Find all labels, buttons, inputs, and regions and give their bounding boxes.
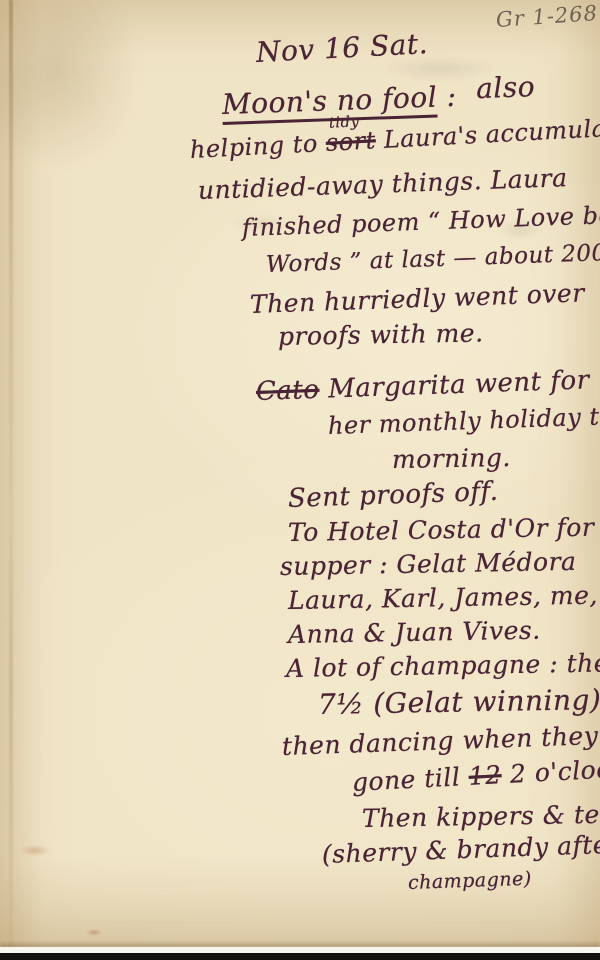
handwriting-line: her monthly holiday this <box>328 401 600 440</box>
text-segment: Then hurriedly went over <box>249 278 585 319</box>
paper-page: Gr 1-268Nov 16 Sat.Moon's no fool :alsoh… <box>0 0 600 950</box>
archive-reference: Gr 1-268 <box>495 1 598 32</box>
handwriting-line: Anna & Juan Vives. <box>288 616 541 649</box>
text-segment: untidied-away things. Laura <box>197 163 567 205</box>
inserted-word-above: tidy <box>328 112 360 132</box>
text-segment: gone till <box>351 762 469 797</box>
text-segment: proofs with me. <box>278 318 484 351</box>
raised-word: also <box>476 70 536 105</box>
handwriting-line: Laura, Karl, James, me, <box>288 581 598 615</box>
struck-out-word: sorttidy <box>325 126 376 157</box>
handwriting-text: Gr 1-268Nov 16 Sat.Moon's no fool :alsoh… <box>0 0 600 950</box>
title-line: Moon's no fool :also <box>221 77 535 121</box>
text-segment: morning. <box>392 443 511 474</box>
text-segment: Nov 16 Sat. <box>255 27 429 69</box>
text-segment: Gr 1-268 <box>495 1 598 32</box>
text-segment: champagne) <box>408 868 532 894</box>
text-segment: A lot of champagne : then <box>286 648 600 683</box>
text-segment: Words ” at last — about 200 lines <box>266 238 600 278</box>
manuscript-scan: Gr 1-268Nov 16 Sat.Moon's no fool :alsoh… <box>0 0 600 960</box>
handwriting-line: Words ” at last — about 200 lines <box>266 238 600 278</box>
handwriting-line: To Hotel Costa d'Or for <box>288 513 595 547</box>
text-segment: 7½ (Gelat winning) & <box>318 682 600 721</box>
handwriting-line: morning. <box>392 443 511 474</box>
scanner-edge <box>0 953 600 960</box>
text-segment: Laura, Karl, James, me, <box>288 581 598 615</box>
handwriting-line: A lot of champagne : then <box>286 648 600 683</box>
text-segment: Anna & Juan Vives. <box>288 616 541 649</box>
handwriting-line: champagne) <box>408 868 532 894</box>
text-segment: her monthly holiday this <box>328 401 600 440</box>
handwriting-line: Cato Margarita went for <box>255 365 590 407</box>
text-segment: then dancing when they had <box>281 719 600 761</box>
handwriting-line: proofs with me. <box>278 318 484 351</box>
handwriting-line: Then hurriedly went over <box>249 278 585 319</box>
handwriting-line: untidied-away things. Laura <box>197 163 567 205</box>
date-heading: Nov 16 Sat. <box>255 27 429 69</box>
text-segment: helping to <box>189 129 326 164</box>
handwriting-line: supper : Gelat Médora <box>280 547 577 581</box>
text-segment: supper : Gelat Médora <box>280 547 577 581</box>
handwriting-line: (sherry & brandy after <box>321 830 600 869</box>
text-segment: Sent proofs off. <box>287 477 498 514</box>
text-segment: Margarita went for <box>319 365 590 404</box>
handwriting-line: Then kippers & tea <box>362 800 600 833</box>
text-segment: To Hotel Costa d'Or for <box>288 513 595 547</box>
text-segment: : <box>437 80 457 114</box>
handwriting-line: Sent proofs off. <box>287 477 498 514</box>
text-segment: 2 o'clock <box>501 754 600 789</box>
handwriting-line: then dancing when they had <box>281 719 600 761</box>
struck-out-word: 12 <box>468 760 502 791</box>
text-segment: finished poem “ How Love becomes <box>242 198 600 242</box>
text-segment: (sherry & brandy after <box>321 830 600 869</box>
handwriting-line: 7½ (Gelat winning) & <box>318 682 600 721</box>
handwriting-line: finished poem “ How Love becomes <box>242 198 600 242</box>
handwriting-line: gone till 12 2 o'clock <box>351 754 600 797</box>
struck-out-word: Cato <box>255 375 320 407</box>
text-segment: Then kippers & tea <box>362 800 600 833</box>
